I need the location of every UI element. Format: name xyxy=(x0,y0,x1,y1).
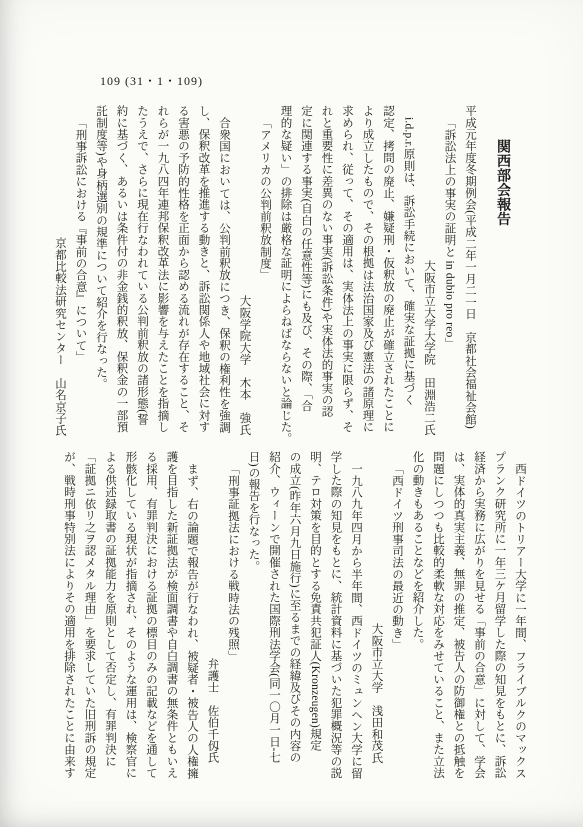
text-column: 認定、拷問の廃止、嫌疑刑・仮釈放の廃止が確立されたことに xyxy=(378,105,399,447)
text-column: 化の動きもあることなどを紹介した。 xyxy=(407,451,428,775)
speaker-byline: 弁護士 佐伯千仭氏 xyxy=(202,451,223,775)
text-column: たうえで、さらに現在行なわれている公判前釈放の諸形態(誓 xyxy=(132,105,153,447)
text-column: 定に関連する事実(自白の任意性等)にも及び、その際、「合 xyxy=(296,105,317,447)
text-column: る害悪の予防的性格を正面から認める流れが存在すること、そ xyxy=(173,105,194,447)
text-column: 約に基づく、あるいは条件付の非金銭的釈放、保釈金の一部預 xyxy=(111,105,132,447)
speaker-byline: 京都比較法研究センター 山名京子氏 xyxy=(50,105,71,447)
talk-title-heading: 「刑事証拠法における戦時法の残照」 xyxy=(223,451,244,775)
top-text-section: 平成元年度冬期例会(平成二年一月二一日 京都社会福祉会館) 「訴訟法上の事実の証… xyxy=(50,105,481,447)
text-column: i.d.p.r.原則は、訴訟手続において、確実な証拠に基づく xyxy=(398,105,419,447)
text-column: 日)の報告を行なった。 xyxy=(243,451,264,775)
text-column: が、戦時刑事特別法によりその適用を排除されたことに由来す xyxy=(59,451,80,775)
talk-title-heading: 「刑事訴訟における『事前の合意』について」 xyxy=(70,105,91,447)
text-column: 経済から実務に広がりを見せる「事前の合意」に対して、学会 xyxy=(469,451,490,775)
text-column: 西ドイツのトリアー大学に一年間、フライブルクのマックス xyxy=(510,451,531,775)
scanned-journal-page: 109 (31・1・109) 関西部会報告 平成元年度冬期例会(平成二年一月二一… xyxy=(0,0,583,827)
text-column: 求められ、従って、その適用は、実体法上の事実に限らず、そ xyxy=(337,105,358,447)
text-column: 紹介、ウィーンで開催された国際刑法学会(同一〇月一日-七 xyxy=(264,451,285,775)
text-column: 形骸化している現状が指摘され、そのような運用は、検察官に xyxy=(120,451,141,775)
text-column: 問題にしつつも比較的柔軟な対応をみせていること、また立法 xyxy=(428,451,449,775)
speaker-byline: 大阪市立大学 浅田和茂氏 xyxy=(366,451,387,775)
speaker-byline: 大阪市立大学大学院 田淵浩二氏 xyxy=(419,105,440,447)
text-column: 「証拠ニ依リ之ヲ認メタル理由」を要求していた旧刑訴の規定 xyxy=(79,451,100,775)
report-title: 関西部会報告 xyxy=(491,139,513,226)
text-column: 護を目指した新証拠法が検面調書や自白調書の無条件ともいえ xyxy=(161,451,182,775)
text-column: 理的な疑い」の排除は厳格な証明によらねばならないと論じた。 xyxy=(275,105,296,447)
speaker-byline: 大阪学院大学 木本 強氏 xyxy=(234,105,255,447)
talk-title-heading: 「アメリカの公判前釈放制度」 xyxy=(255,105,276,447)
text-column: まず、右の論題で報告が行なわれ、被疑者・被告人の人権擁 xyxy=(182,451,203,775)
text-column: は、実体的真実主義、無罪の推定、被告人の防御権との抵触を xyxy=(448,451,469,775)
bottom-text-section: 西ドイツのトリアー大学に一年間、フライブルクのマックス プランク研究所に一年三ケ… xyxy=(59,451,531,775)
text-column: 一九八九年四月から半年間、西ドイツのミュンヘン大学に留 xyxy=(346,451,367,775)
page-number: 109 (31・1・109) xyxy=(100,72,203,89)
text-column: れと重要性に差異のない事実(訴訟条件)や実体法的事実の認 xyxy=(316,105,337,447)
text-column: 学した際の知見をもとに、統計資料に基づいた犯罪概況等の説 xyxy=(325,451,346,775)
text-column: 明、テロ対策を目的とする免責共犯証人(Kronzeugen)規定 xyxy=(305,451,326,775)
text-column: る採用、有罪判決における証拠の標目のみの記載などを通して xyxy=(141,451,162,775)
session-theme-heading: 「訴訟法上の事実の証明と in dubio pro reo」 xyxy=(439,105,460,447)
talk-title-heading: 「西ドイツ刑事司法の最近の動き」 xyxy=(387,451,408,775)
text-column: プランク研究所に一年三ケ月留学した際の知見をもとに、訴訟 xyxy=(489,451,510,775)
text-column: より成立したもので、その根拠は法治国家及び憲法の諸原理に xyxy=(357,105,378,447)
text-column: れらが一九八四年連邦保釈改革法に影響を与えたことを指摘し xyxy=(152,105,173,447)
text-column: 託制度等)や身柄選別の規準について紹介を行なった。 xyxy=(91,105,112,447)
text-column: 合衆国においては、公判前釈放につき、保釈の権利性を強調 xyxy=(214,105,235,447)
text-column: よる供述録取書の証拠能力を原則として否定し、有罪判決に xyxy=(100,451,121,775)
text-column: し、保釈改革を推進する動きと、訴訟関係人や地域社会に対す xyxy=(193,105,214,447)
text-column: の成立(昨年六月九日施行)に至るまでの経緯及びその内容の xyxy=(284,451,305,775)
text-column: 平成元年度冬期例会(平成二年一月二一日 京都社会福祉会館) xyxy=(460,105,481,447)
